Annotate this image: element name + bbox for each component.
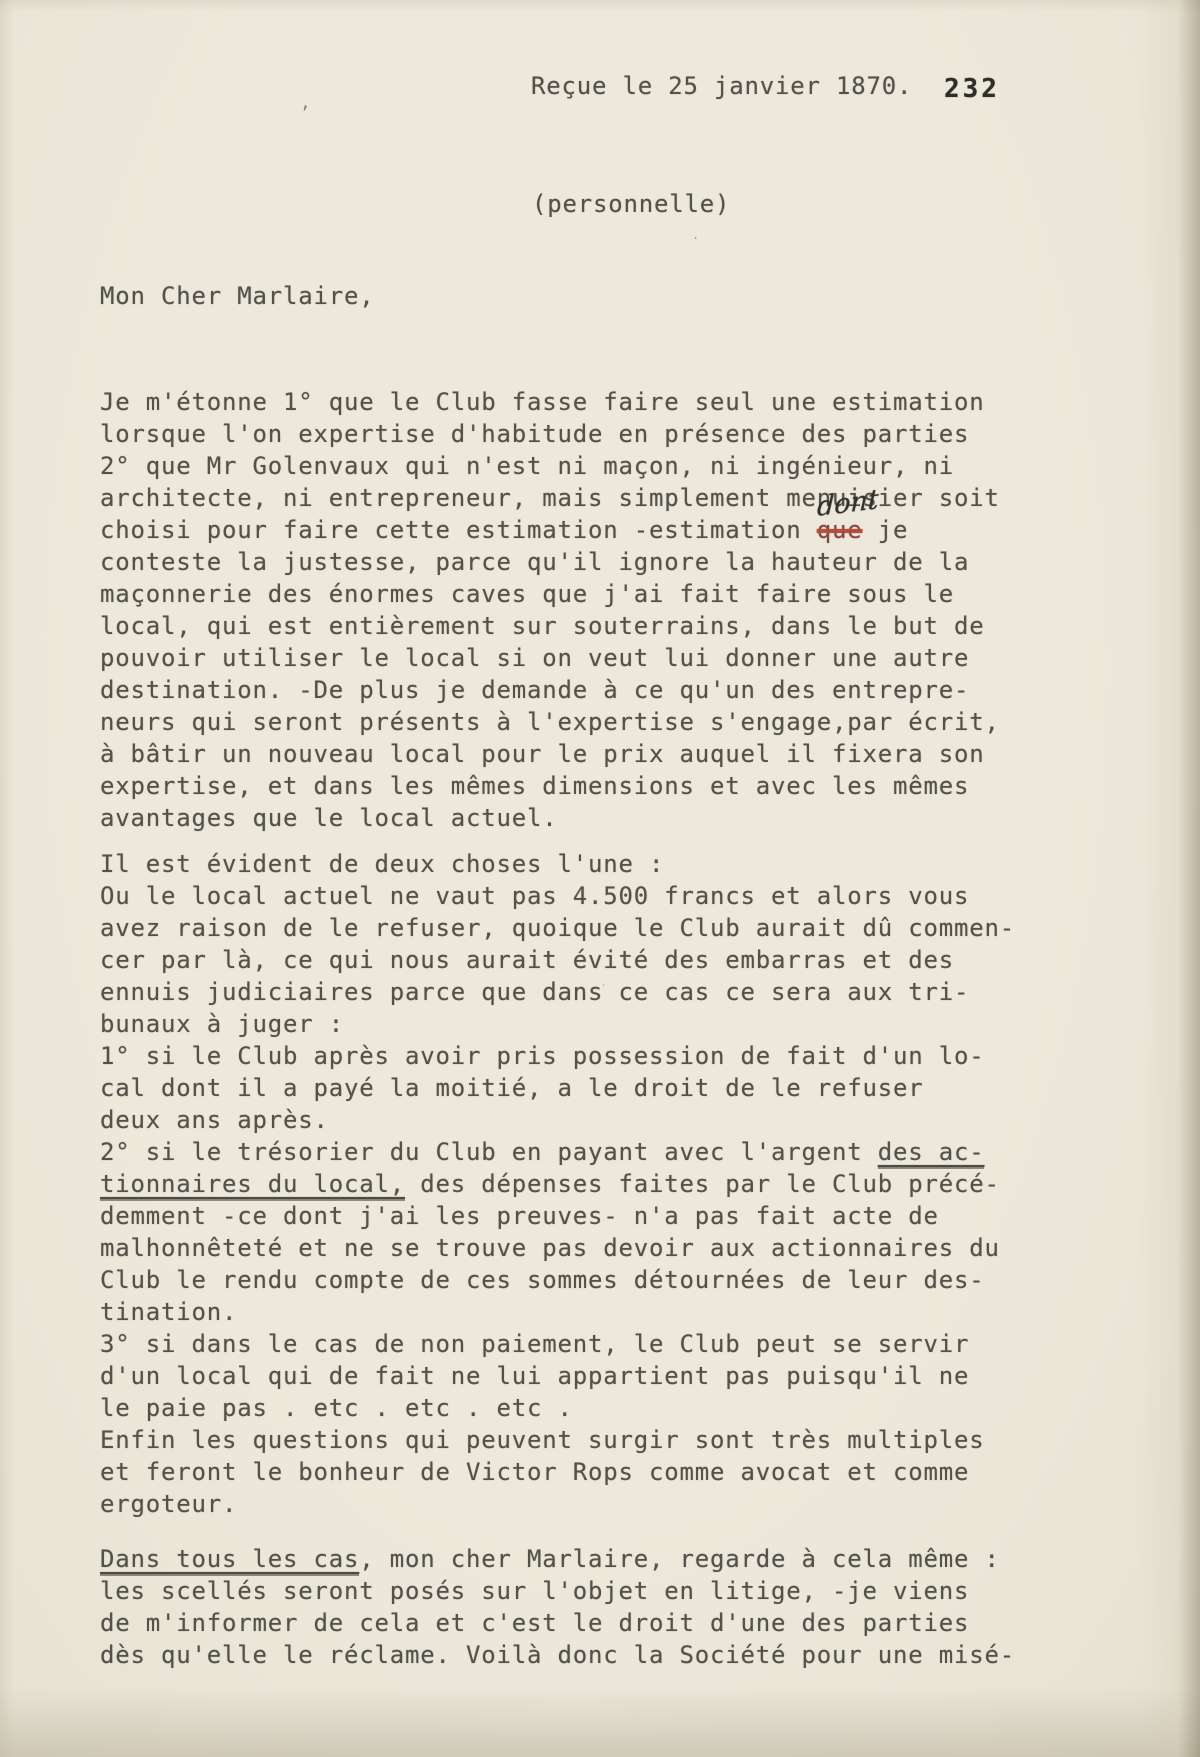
letter-line: le paie pas . etc . etc . etc . xyxy=(100,1392,1130,1424)
paragraph: Je m'étonne 1° que le Club fasse faire s… xyxy=(100,386,1130,834)
text-segment: malhonnêteté et ne se trouve pas devoir … xyxy=(100,1234,1000,1262)
underlined-text: tionnaires du local, xyxy=(100,1169,405,1201)
text-segment: bunaux à juger : xyxy=(100,1010,344,1038)
text-segment: avez raison de le refuser, quoique le Cl… xyxy=(100,914,1015,942)
letter-line: d'un local qui de fait ne lui appartient… xyxy=(100,1360,1130,1392)
letter-line: cal dont il a payé la moitié, a le droit… xyxy=(100,1072,1130,1104)
underlined-text: des ac- xyxy=(878,1137,985,1169)
text-segment: les scellés seront posés sur l'objet en … xyxy=(100,1577,969,1605)
inline-correction: quedont xyxy=(817,514,863,546)
letter-line: architecte, ni entrepreneur, mais simple… xyxy=(100,482,1130,514)
paper-speck: , xyxy=(300,92,311,113)
paper-speck: . xyxy=(692,228,699,242)
text-segment: cal dont il a payé la moitié, a le droit… xyxy=(100,1074,923,1102)
letter-body: Je m'étonne 1° que le Club fasse faire s… xyxy=(100,386,1130,1671)
text-segment: demment -ce dont j'ai les preuves- n'a p… xyxy=(100,1202,939,1230)
letter-line: deux ans après. xyxy=(100,1104,1130,1136)
text-segment: Il est évident de deux choses l'une : xyxy=(100,850,664,878)
received-date-note: Reçue le 25 janvier 1870. xyxy=(531,72,912,100)
text-segment: deux ans après. xyxy=(100,1106,329,1134)
text-segment: destination. -De plus je demande à ce qu… xyxy=(100,676,969,704)
letter-line: expertise, et dans les mêmes dimensions … xyxy=(100,770,1130,802)
letter-line: 2° si le trésorier du Club en payant ave… xyxy=(100,1136,1130,1168)
text-segment: pouvoir utiliser le local si on veut lui… xyxy=(100,644,969,672)
letter-line: Ou le local actuel ne vaut pas 4.500 fra… xyxy=(100,880,1130,912)
text-segment: de m'informer de cela et c'est le droit … xyxy=(100,1609,969,1637)
letter-line: ergoteur. xyxy=(100,1488,1130,1520)
letter-line: choisi pour faire cette estimation -esti… xyxy=(100,514,1130,546)
letter-line: neurs qui seront présents à l'expertise … xyxy=(100,706,1130,738)
paragraph: Dans tous les cas, mon cher Marlaire, re… xyxy=(100,1543,1130,1671)
letter-line: Dans tous les cas, mon cher Marlaire, re… xyxy=(100,1543,1130,1575)
letter-line: avantages que le local actuel. xyxy=(100,802,1130,834)
text-segment: 1° si le Club après avoir pris possessio… xyxy=(100,1042,984,1070)
text-segment: Club le rendu compte de ces sommes détou… xyxy=(100,1266,984,1294)
letter-page: Reçue le 25 janvier 1870. 232 (personnel… xyxy=(0,0,1200,1757)
letter-line: lorsque l'on expertise d'habitude en pré… xyxy=(100,418,1130,450)
text-segment: 2° si le trésorier du Club en payant ave… xyxy=(100,1138,878,1166)
letter-line: les scellés seront posés sur l'objet en … xyxy=(100,1575,1130,1607)
text-segment: à bâtir un nouveau local pour le prix au… xyxy=(100,740,984,768)
text-segment: Je m'étonne 1° que le Club fasse faire s… xyxy=(100,388,984,416)
text-segment: choisi pour faire cette estimation -esti… xyxy=(100,516,817,544)
underlined-text: Dans tous les cas xyxy=(100,1544,359,1576)
letter-line: bunaux à juger : xyxy=(100,1008,1130,1040)
text-segment: Enfin les questions qui peuvent surgir s… xyxy=(100,1426,984,1454)
text-segment: d'un local qui de fait ne lui appartient… xyxy=(100,1362,969,1390)
paper-speck: . xyxy=(600,975,607,989)
letter-line: maçonnerie des énormes caves que j'ai fa… xyxy=(100,578,1130,610)
letter-line: tination. xyxy=(100,1296,1130,1328)
text-segment: je xyxy=(862,516,908,544)
text-segment: maçonnerie des énormes caves que j'ai fa… xyxy=(100,580,954,608)
letter-line: ennuis judiciaires parce que dans ce cas… xyxy=(100,976,1130,1008)
letter-line: de m'informer de cela et c'est le droit … xyxy=(100,1607,1130,1639)
letter-line: 1° si le Club après avoir pris possessio… xyxy=(100,1040,1130,1072)
letter-line: pouvoir utiliser le local si on veut lui… xyxy=(100,642,1130,674)
paragraph: Il est évident de deux choses l'une :Ou … xyxy=(100,848,1130,1520)
letter-line: 3° si dans le cas de non paiement, le Cl… xyxy=(100,1328,1130,1360)
text-segment: et feront le bonheur de Victor Rops comm… xyxy=(100,1458,969,1486)
text-segment: neurs qui seront présents à l'expertise … xyxy=(100,708,1000,736)
letter-line: Je m'étonne 1° que le Club fasse faire s… xyxy=(100,386,1130,418)
letter-line: à bâtir un nouveau local pour le prix au… xyxy=(100,738,1130,770)
text-segment: le paie pas . etc . etc . etc . xyxy=(100,1394,573,1422)
page-number-stamp: 232 xyxy=(944,74,1000,104)
letter-line: local, qui est entièrement sur souterrai… xyxy=(100,610,1130,642)
text-segment: 3° si dans le cas de non paiement, le Cl… xyxy=(100,1330,969,1358)
letter-subtitle: (personnelle) xyxy=(532,190,730,218)
text-segment: des dépenses faites par le Club précé- xyxy=(405,1170,1000,1198)
letter-line: 2° que Mr Golenvaux qui n'est ni maçon, … xyxy=(100,450,1130,482)
text-segment: dès qu'elle le réclame. Voilà donc la So… xyxy=(100,1641,1015,1669)
letter-line: cer par là, ce qui nous aurait évité des… xyxy=(100,944,1130,976)
letter-line: Il est évident de deux choses l'une : xyxy=(100,848,1130,880)
letter-line: avez raison de le refuser, quoique le Cl… xyxy=(100,912,1130,944)
letter-line: tionnaires du local, des dépenses faites… xyxy=(100,1168,1130,1200)
text-segment: conteste la justesse, parce qu'il ignore… xyxy=(100,548,969,576)
text-segment: local, qui est entièrement sur souterrai… xyxy=(100,612,984,640)
text-segment: avantages que le local actuel. xyxy=(100,804,557,832)
letter-line: dès qu'elle le réclame. Voilà donc la So… xyxy=(100,1639,1130,1671)
text-segment: tination. xyxy=(100,1298,237,1326)
salutation: Mon Cher Marlaire, xyxy=(100,282,375,310)
letter-line: destination. -De plus je demande à ce qu… xyxy=(100,674,1130,706)
text-segment: Ou le local actuel ne vaut pas 4.500 fra… xyxy=(100,882,969,910)
text-segment: ennuis judiciaires parce que dans ce cas… xyxy=(100,978,969,1006)
text-segment: lorsque l'on expertise d'habitude en pré… xyxy=(100,420,969,448)
letter-line: demment -ce dont j'ai les preuves- n'a p… xyxy=(100,1200,1130,1232)
letter-line: Club le rendu compte de ces sommes détou… xyxy=(100,1264,1130,1296)
text-segment: 2° que Mr Golenvaux qui n'est ni maçon, … xyxy=(100,452,954,480)
text-segment: , mon cher Marlaire, regarde à cela même… xyxy=(359,1545,999,1573)
letter-line: malhonnêteté et ne se trouve pas devoir … xyxy=(100,1232,1130,1264)
letter-line: et feront le bonheur de Victor Rops comm… xyxy=(100,1456,1130,1488)
letter-line: conteste la justesse, parce qu'il ignore… xyxy=(100,546,1130,578)
text-segment: ergoteur. xyxy=(100,1490,237,1518)
letter-line: Enfin les questions qui peuvent surgir s… xyxy=(100,1424,1130,1456)
text-segment: expertise, et dans les mêmes dimensions … xyxy=(100,772,969,800)
text-segment: cer par là, ce qui nous aurait évité des… xyxy=(100,946,954,974)
